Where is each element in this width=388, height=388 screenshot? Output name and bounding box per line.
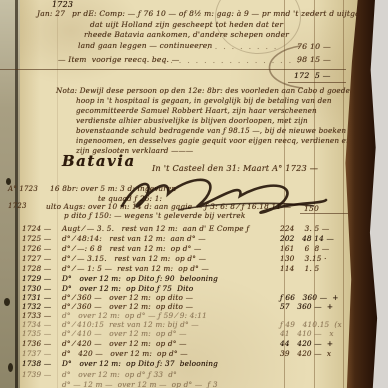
row-year: 1724 —	[22, 225, 51, 232]
row-amount: 39 420 — x	[280, 350, 331, 357]
row-amount: 44 420 — +	[280, 340, 333, 347]
row-year: 1737 —	[22, 350, 51, 357]
row-amount: 130 3.15 ·	[280, 255, 327, 262]
row-body: d° ⁄ — 1: 5 — rest van 12 m: op d° —	[62, 265, 209, 272]
row-body: d° — 12 m — over 12 m — op d° — ƒ 3	[62, 381, 218, 388]
nota-line: gecommitteerde Samuel Robbert Haart, zij…	[76, 107, 317, 114]
entry1-line3: rheede Batavia aankomen, d'andere schepe…	[84, 31, 289, 39]
nota-line: ingenoomen, en desselves gagie gequit vo…	[76, 137, 351, 144]
total-amount: 172 5 —	[294, 72, 331, 80]
row-body: d° ⁄ — 3.15. rest van 12 m: op d° —	[62, 255, 206, 262]
row-amount: 57 360 — +	[280, 303, 333, 310]
row-body: Augt ⁄ — 3. 5. rest van 12 m: aan d' E C…	[62, 225, 249, 232]
row-year: 1729 —	[22, 275, 51, 282]
entry1-amount: 76 10 —	[297, 43, 331, 51]
signature-flourish	[118, 176, 333, 222]
row-body: D° over 12 m: op Dito ƒ: 37 belooning	[62, 360, 218, 367]
row-body: d° ⁄ 410 — over 12 m: op d° —	[62, 330, 187, 337]
entry1-line1: pr dE: Comp: — ƒ 76 10 — of 8½ m: gag: à…	[72, 10, 370, 18]
row-body: d° ⁄ —: 6 8 rest van 12 m: op d° —	[62, 245, 201, 252]
entry2-amount: 98 15 —	[297, 56, 331, 64]
row-year: 1732 —	[22, 303, 51, 310]
row-amount: 224 3. 5 —	[280, 225, 329, 232]
row-year: 1727 —	[22, 255, 51, 262]
row-amount: 41 410 — x	[280, 330, 334, 337]
row-body: d° over 12 m: op d° — ƒ 59 ⁄ 9: 4:11	[62, 312, 207, 319]
leader-dots: . . . . . . . . . . . . . . . . .	[162, 58, 301, 65]
row-year: 1733 —	[22, 312, 51, 319]
row-year: A° 1723	[8, 186, 38, 193]
nota-line: bovenstaande schuld bedragende van ƒ 98.…	[76, 127, 346, 134]
row-year: 1738 —	[22, 360, 51, 367]
year-header: 1723	[52, 1, 73, 9]
row-body: D° over 12 m: op Dito ƒ: 90 belooning	[62, 275, 218, 282]
row-body: d° 420 — over 12 m: op d° —	[62, 350, 188, 357]
row-amount: ƒ 66 360 — +	[280, 294, 339, 301]
row-year: 1731 —	[22, 294, 51, 301]
row-body: d° ⁄ 360 — over 12 m: op dito —	[62, 294, 193, 301]
row-body: d° ⁄ 410:15 rest van 12 m: bij d° —	[62, 321, 199, 328]
row-amount: 161 6 8 —	[280, 245, 329, 252]
row-year: 1728 —	[22, 265, 51, 272]
row-body: d° ⁄ 420 — over 12 m: op d° —	[62, 340, 187, 347]
row-year: 1725 —	[22, 235, 51, 242]
nota-line: Nota: Dewijl dese persoon op den 12e: 8b…	[56, 87, 350, 94]
row-body: d° ⁄ 360 — over 12 m: op dito —	[62, 303, 193, 310]
entry1-line2: dat uijt Holland zijn gescheept tot hede…	[90, 21, 283, 29]
row-body: d° ⁄ 48:14: rest van 12 m: aan d° —	[62, 235, 206, 242]
row-amount: ƒ 49 410.15 (x	[280, 321, 342, 328]
row-amount: 202 48 14 —	[280, 235, 334, 242]
row-body: D° over 12 m: op Dito ƒ 75 Dito	[62, 285, 193, 292]
row-body: d° over 12 m: op d° ƒ 33 d°	[62, 371, 177, 378]
place-date: In 't Casteel den 31: Maart A° 1723 —	[152, 164, 318, 172]
row-year: 1723	[8, 203, 27, 210]
leader-dots: . . . . . . . . . .	[198, 44, 278, 51]
row-year: 1735 —	[22, 330, 51, 337]
manuscript-page: 1723Jan: 27pr dE: Comp: — ƒ 76 10 — of 8…	[0, 0, 388, 388]
row-year: 1730 —	[22, 285, 51, 292]
row-year: 1726 —	[22, 245, 51, 252]
entry1-line4: land gaan leggen — continueeren	[78, 42, 212, 50]
row-year: 1739 —	[22, 371, 51, 378]
row-amount: 114 1. 5	[280, 265, 319, 272]
nota-line: hoop in 't hospitaal is gegaan, in gevol…	[76, 97, 332, 104]
place-name: Batavia	[62, 154, 136, 169]
row-year: 1736 —	[22, 340, 51, 347]
entry1-date: Jan: 27	[37, 10, 65, 18]
row-year: 1734 —	[22, 321, 51, 328]
nota-line: verdienste alhier abusivelijke is blijve…	[76, 117, 308, 124]
